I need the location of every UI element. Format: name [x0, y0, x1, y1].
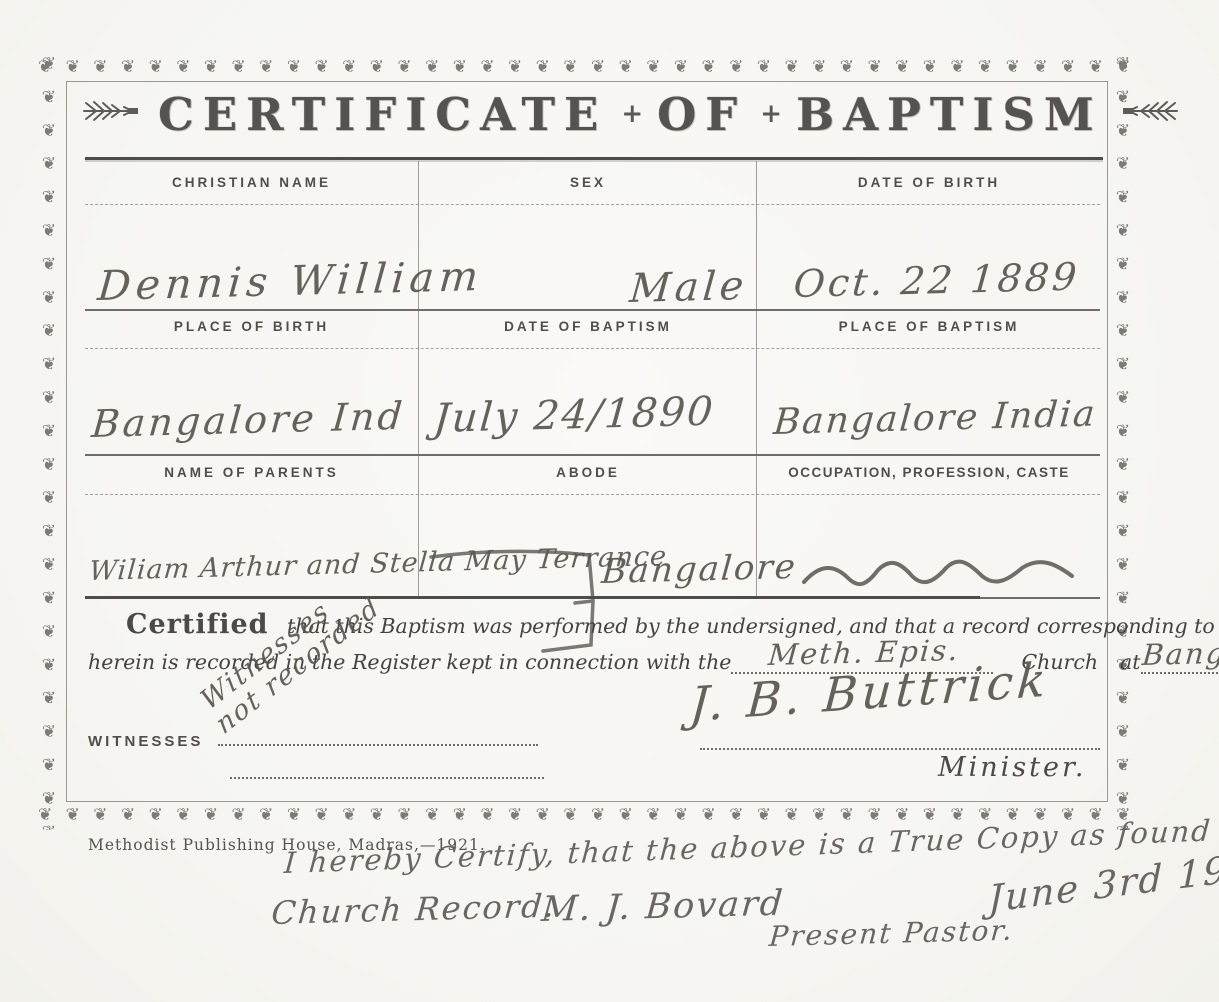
- title-word-baptism: BAPTISM: [796, 88, 1103, 141]
- value-place-of-baptism: Bangalore India: [772, 394, 1098, 443]
- column-divider-2: [756, 161, 757, 598]
- value-christian-name: Dennis William: [96, 252, 485, 310]
- label-place-of-birth: PLACE OF BIRTH: [85, 319, 418, 334]
- certificate-title-row: CERTIFICATE+OF+BAPTISM: [64, 88, 1106, 141]
- writing-line-3-right: [980, 597, 1100, 599]
- value-date-of-birth: Oct. 22 1889: [792, 255, 1081, 306]
- witnesses-label: WITNESSES: [88, 733, 203, 750]
- value-place-of-birth: Bangalore Ind: [90, 394, 407, 446]
- baptism-certificate-scan: ❦ ❦ ❦ ❦ ❦ ❦ ❦ ❦ ❦ ❦ ❦ ❦ ❦ ❦ ❦ ❦ ❦ ❦ ❦ ❦ …: [0, 0, 1219, 1002]
- value-church-place: Bangalore: [1141, 634, 1219, 672]
- border-ornament-top: ❦ ❦ ❦ ❦ ❦ ❦ ❦ ❦ ❦ ❦ ❦ ❦ ❦ ❦ ❦ ❦ ❦ ❦ ❦ ❦ …: [38, 54, 1136, 80]
- writing-line-2: [85, 454, 1100, 456]
- header-rule-1: [85, 204, 1100, 205]
- endorsement-pastor-role: Present Pastor.: [768, 914, 1015, 953]
- column-divider-1: [418, 161, 419, 598]
- label-date-of-birth: DATE OF BIRTH: [758, 175, 1100, 190]
- border-ornament-right: ❦ ❦ ❦ ❦ ❦ ❦ ❦ ❦ ❦ ❦ ❦ ❦ ❦ ❦ ❦ ❦ ❦ ❦ ❦ ❦ …: [1110, 54, 1136, 830]
- occupation-squiggle-mark: [800, 556, 1080, 590]
- laurel-sprig-left-icon: [82, 98, 140, 124]
- label-abode: ABODE: [418, 465, 758, 480]
- writing-line-3: [85, 596, 980, 599]
- label-sex: SEX: [418, 175, 758, 190]
- title-underline-rule: [85, 157, 1103, 160]
- minister-role-label: Minister.: [938, 752, 1087, 783]
- header-rule-3: [85, 494, 1100, 495]
- label-date-of-baptism: DATE OF BAPTISM: [418, 319, 758, 334]
- laurel-sprig-right-icon: [1121, 98, 1179, 124]
- endorsement-pastor-signature: M. J. Bovard: [540, 884, 786, 930]
- minister-signature-line: [700, 748, 1100, 750]
- witness-line-2: [230, 777, 544, 779]
- title-separator-icon: +: [760, 99, 782, 129]
- value-abode: Bangalore: [600, 547, 799, 592]
- title-separator-icon: +: [621, 99, 643, 129]
- title-word-certificate: CERTIFICATE: [158, 88, 607, 141]
- certified-body-1: that this Baptism was performed by the u…: [287, 614, 1219, 638]
- header-row-2: PLACE OF BIRTH DATE OF BAPTISM PLACE OF …: [85, 319, 1100, 334]
- church-place-slot: Bangalore: [1141, 638, 1219, 674]
- witness-line-1: [218, 744, 538, 746]
- label-occupation-profession-caste: OCCUPATION, PROFESSION, CASTE: [758, 465, 1100, 480]
- writing-line-1: [85, 309, 1100, 311]
- label-christian-name: CHRISTIAN NAME: [85, 175, 418, 190]
- label-place-of-baptism: PLACE OF BAPTISM: [758, 319, 1100, 334]
- header-rule-2: [85, 348, 1100, 349]
- endorsement-line-2: Church Record.: [270, 887, 558, 932]
- at-word: at: [1120, 650, 1140, 674]
- header-row-1: CHRISTIAN NAME SEX DATE OF BIRTH: [85, 175, 1100, 190]
- value-sex: Male: [628, 263, 749, 312]
- certified-lead-word: Certified: [126, 609, 269, 640]
- value-date-of-baptism: July 24/1890: [432, 389, 716, 442]
- border-ornament-left: ❦ ❦ ❦ ❦ ❦ ❦ ❦ ❦ ❦ ❦ ❦ ❦ ❦ ❦ ❦ ❦ ❦ ❦ ❦ ❦ …: [36, 54, 62, 830]
- label-name-of-parents: NAME OF PARENTS: [85, 465, 418, 480]
- header-row-3: NAME OF PARENTS ABODE OCCUPATION, PROFES…: [85, 465, 1100, 480]
- title-word-of: OF: [657, 88, 746, 141]
- certified-body-2: herein is recorded in the Register kept …: [88, 650, 731, 674]
